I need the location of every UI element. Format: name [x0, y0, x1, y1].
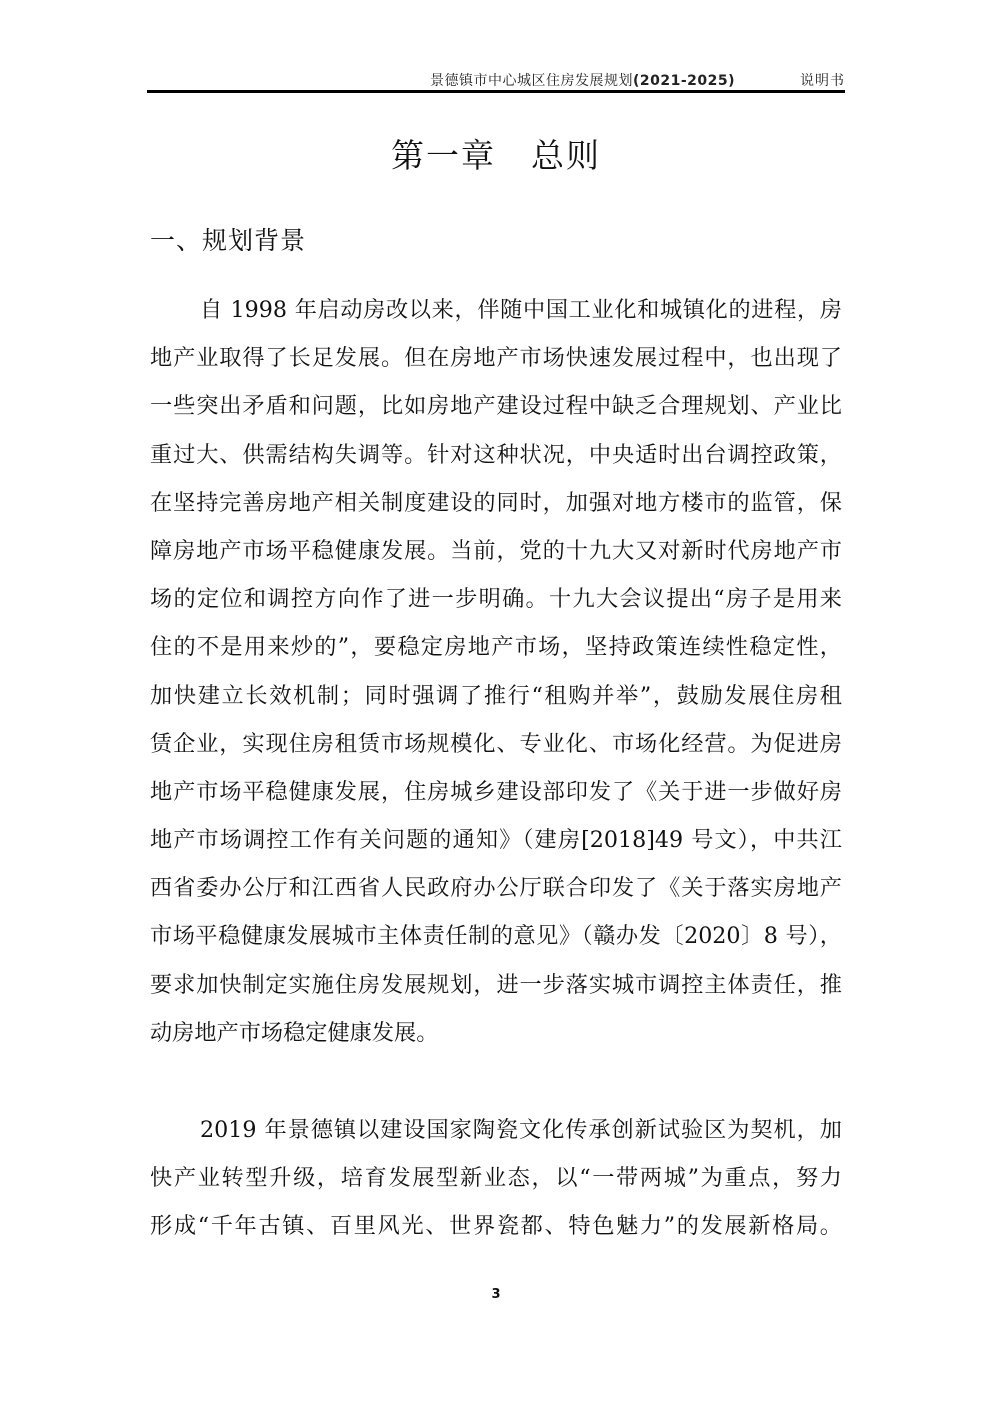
paragraph-line: 2019 年景德镇以建设国家陶瓷文化传承创新试验区为契机，加 — [150, 1106, 842, 1154]
paragraph-line: 动房地产市场稳定健康发展。 — [150, 1009, 842, 1057]
paragraph-line: 住的不是用来炒的”，要稳定房地产市场，坚持政策连续性稳定性， — [150, 623, 842, 671]
document-title: 景德镇市中心城区住房发展规划(2021-2025) — [430, 70, 735, 90]
running-header: 景德镇市中心城区住房发展规划(2021-2025) 说明书 — [147, 70, 845, 90]
document-title-years: (2021-2025) — [633, 73, 735, 89]
paragraph-line: 重过大、供需结构失调等。针对这种状况，中央适时出台调控政策， — [150, 431, 842, 479]
paragraph-line: 西省委办公厅和江西省人民政府办公厅联合印发了《关于落实房地产 — [150, 864, 842, 912]
paragraph-line: 在坚持完善房地产相关制度建设的同时，加强对地方楼市的监管，保 — [150, 479, 842, 527]
document-title-text: 景德镇市中心城区住房发展规划 — [430, 73, 633, 89]
paragraph-line: 要求加快制定实施住房发展规划，进一步落实城市调控主体责任，推 — [150, 961, 842, 1009]
paragraph-line: 形成“千年古镇、百里风光、世界瓷都、特色魅力”的发展新格局。 — [150, 1202, 842, 1250]
paragraph-2: 2019 年景德镇以建设国家陶瓷文化传承创新试验区为契机，加 快产业转型升级，培… — [150, 1106, 842, 1251]
paragraph-line: 地产市场调控工作有关问题的通知》（建房[2018]49 号文），中共江 — [150, 816, 842, 864]
paragraph-1: 自 1998 年启动房改以来，伴随中国工业化和城镇化的进程，房 地产业取得了长足… — [150, 286, 842, 1057]
paragraph-line: 障房地产市场平稳健康发展。当前，党的十九大又对新时代房地产市 — [150, 527, 842, 575]
page-number: 3 — [0, 1287, 992, 1302]
paragraph-line: 一些突出矛盾和问题，比如房地产建设过程中缺乏合理规划、产业比 — [150, 382, 842, 430]
document-type: 说明书 — [800, 70, 845, 90]
paragraph-line: 自 1998 年启动房改以来，伴随中国工业化和城镇化的进程，房 — [150, 286, 842, 334]
paragraph-line: 场的定位和调控方向作了进一步明确。十九大会议提出“房子是用来 — [150, 575, 842, 623]
paragraph-line: 赁企业，实现住房租赁市场规模化、专业化、市场化经营。为促进房 — [150, 720, 842, 768]
paragraph-line: 地产市场平稳健康发展，住房城乡建设部印发了《关于进一步做好房 — [150, 768, 842, 816]
paragraph-line: 快产业转型升级，培育发展型新业态，以“一带两城”为重点，努力 — [150, 1154, 842, 1202]
paragraph-line: 市场平稳健康发展城市主体责任制的意见》（赣办发〔2020〕8 号）， — [150, 912, 842, 960]
section-title: 一、规划背景 — [150, 221, 306, 257]
header-rule — [147, 90, 845, 93]
paragraph-line: 地产业取得了长足发展。但在房地产市场快速发展过程中，也出现了 — [150, 334, 842, 382]
paragraph-line: 加快建立长效机制；同时强调了推行“租购并举”，鼓励发展住房租 — [150, 672, 842, 720]
chapter-title: 第一章 总则 — [0, 130, 992, 177]
